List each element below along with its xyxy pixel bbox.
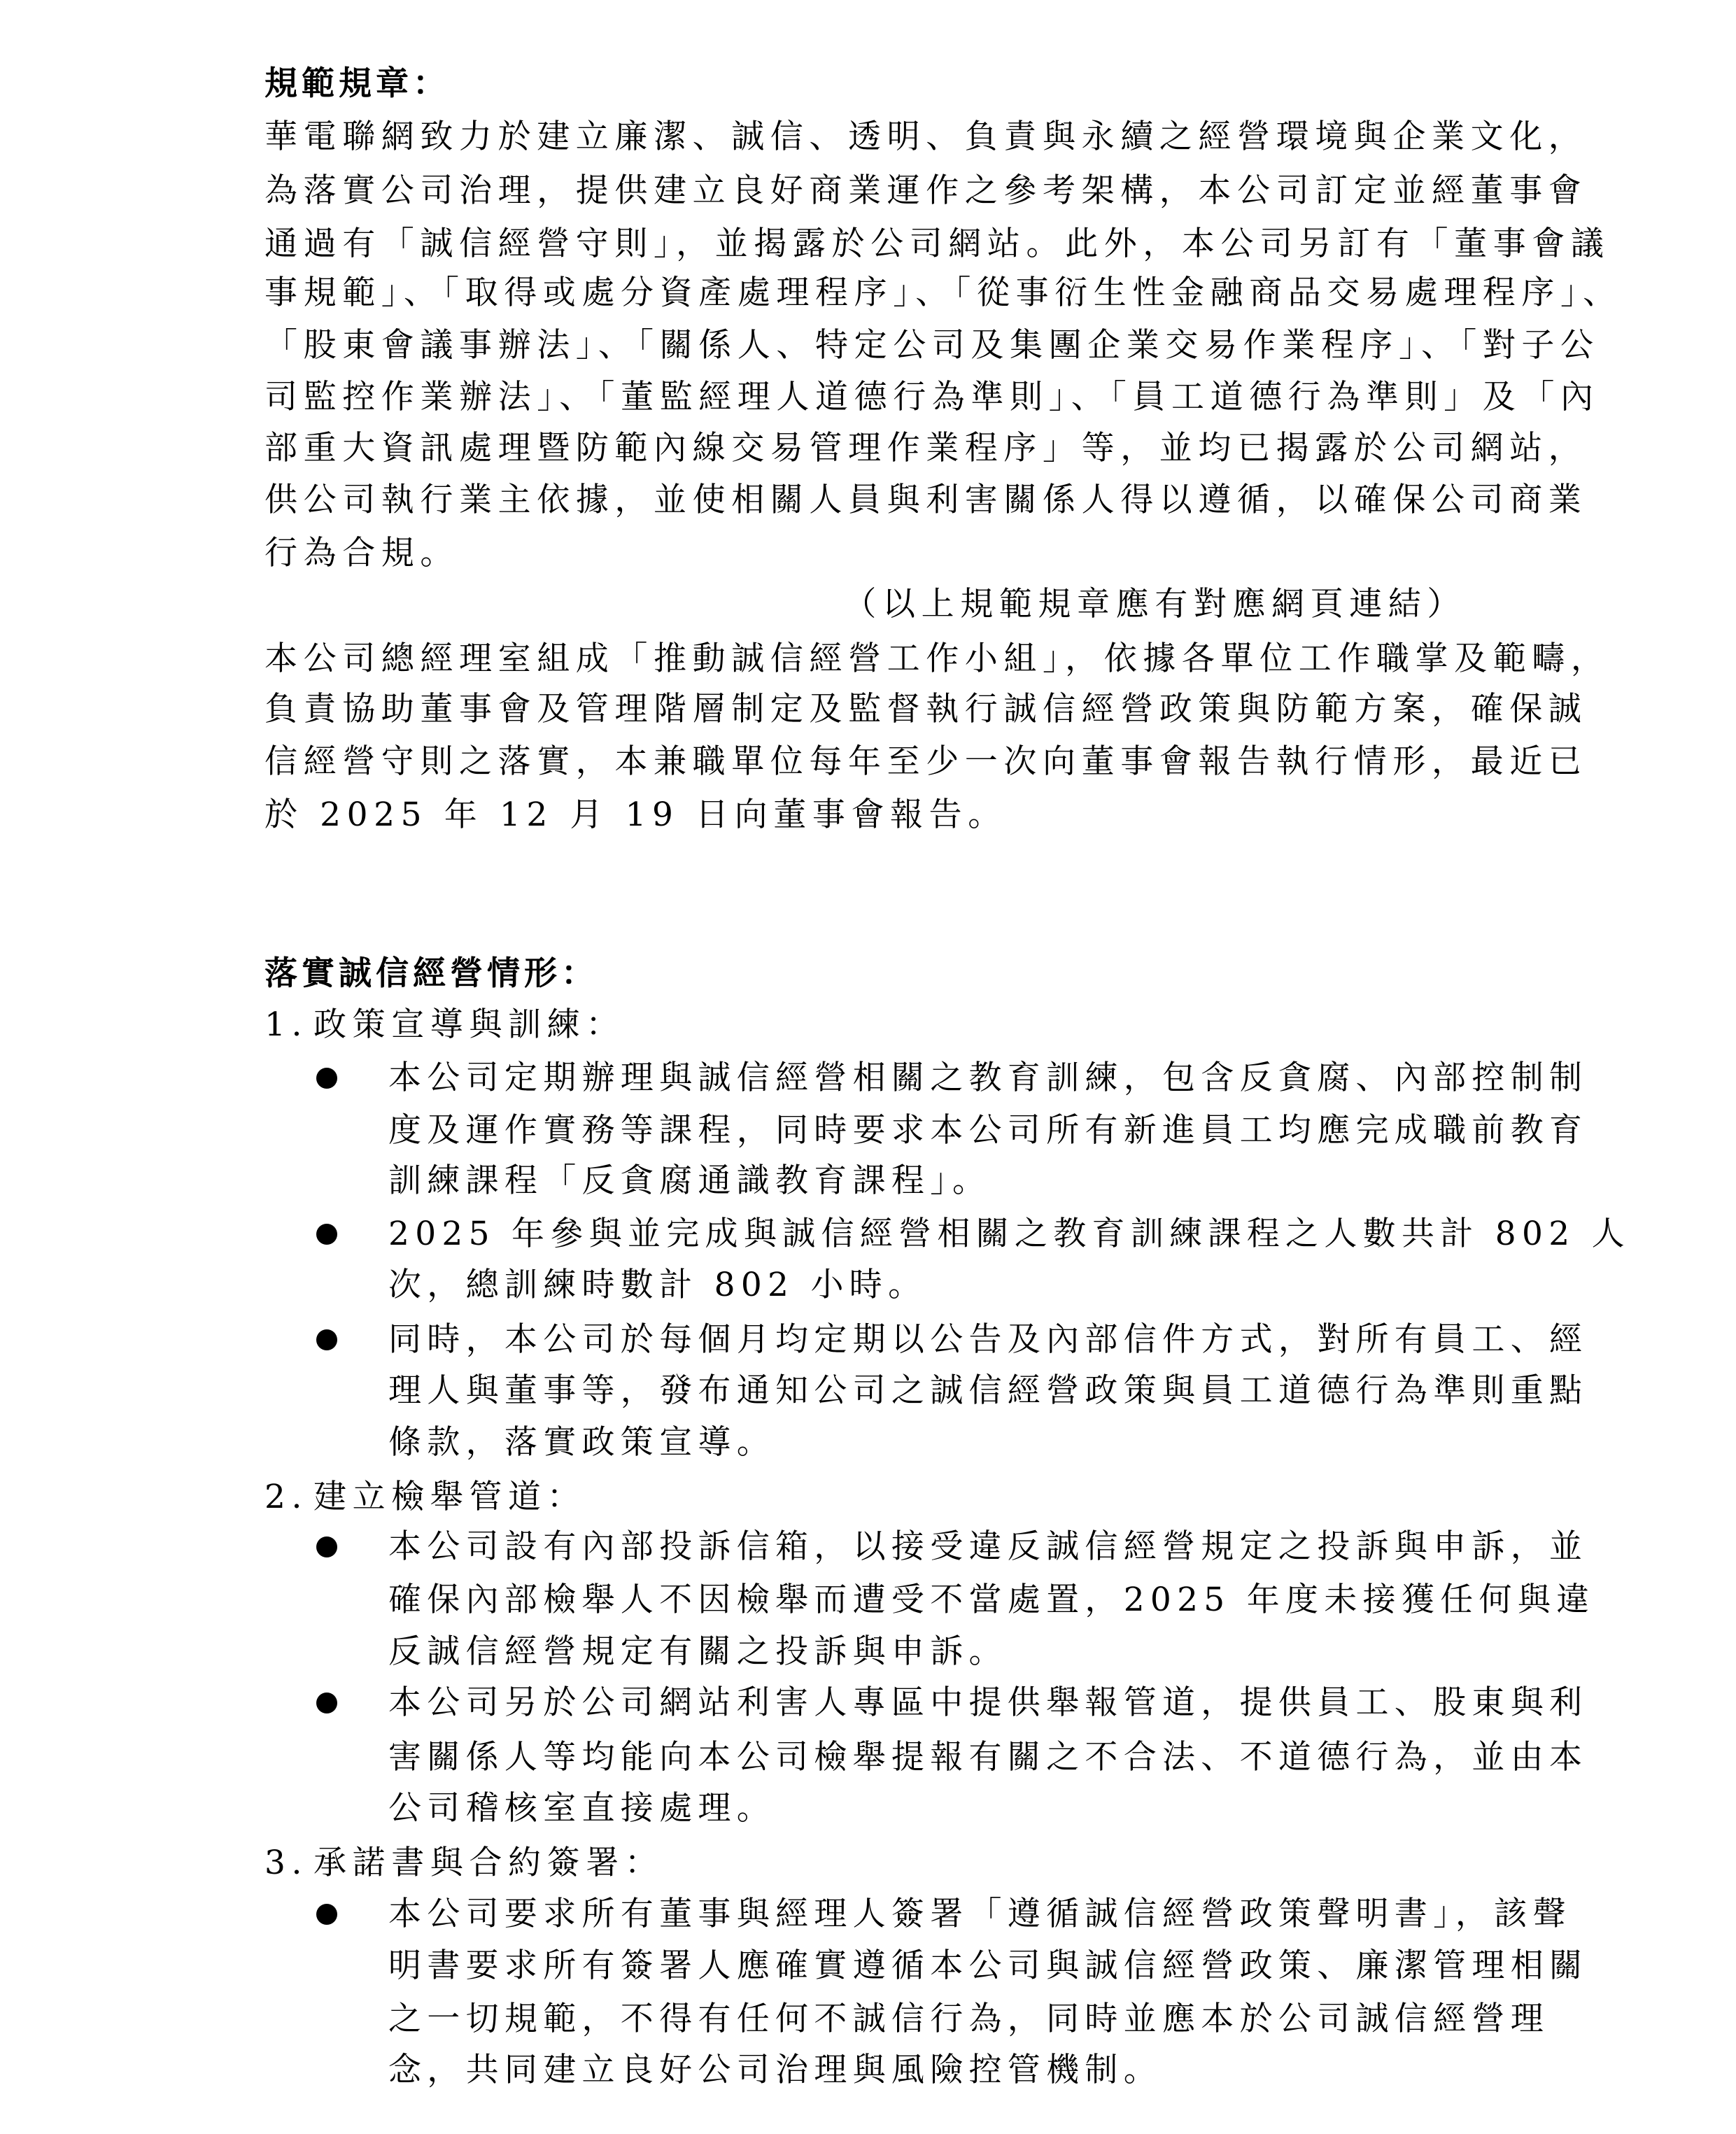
bullet-line: 害關係人等均能向本公司檢舉提報有關之不合法、不道德行為，並由本 [388, 1737, 1588, 1779]
numbered-item-3: 3. 承諾書與合約簽署： [0, 1842, 1736, 1884]
bullet-icon [316, 1068, 337, 1089]
bullet-line: 本公司要求所有董事與經理人簽署「遵循誠信經營政策聲明書」，該聲 [388, 1893, 1572, 1935]
item-number: 1. [264, 1004, 308, 1046]
bullet-line: 度及運作實務等課程，同時要求本公司所有新進員工均應完成職前教育 [388, 1110, 1588, 1152]
paragraph-line: 於 2025 年 12 月 19 日向董事會報告。 [264, 794, 1007, 836]
section-heading-implementation: 落實誠信經營情形： [264, 953, 598, 995]
paragraph-line: 部重大資訊處理暨防範內線交易管理作業程序」等，並均已揭露於公司網站， [264, 427, 1587, 469]
bullet-line: 明書要求所有簽署人應確實遵循本公司與誠信經營政策、廉潔管理相關 [388, 1945, 1588, 1987]
weblink-note: （以上規範規章應有對應網頁連結） [843, 584, 1466, 626]
paragraph-line: 本公司總經理室組成「推動誠信經營工作小組」，依據各單位工作職掌及範疇， [264, 638, 1610, 680]
bullet-icon [316, 1224, 337, 1245]
bullet-icon [316, 1693, 337, 1713]
item-title: 建立檢舉管道： [313, 1476, 586, 1518]
paragraph-line: 信經營守則之落實，本兼職單位每年至少一次向董事會報告執行情形，最近已 [264, 741, 1587, 783]
bullet-line: 本公司另於公司網站利害人專區中提供舉報管道，提供員工、股東與利 [388, 1682, 1588, 1724]
section-heading-regulations: 規範規章： [264, 63, 450, 105]
item-title: 政策宣導與訓練： [313, 1004, 625, 1046]
paragraph-line: 司監控作業辦法」、「董監經理人道德行為準則」、「員工道德行為準則」及「內 [264, 376, 1600, 418]
paragraph-line: 為落實公司治理，提供建立良好商業運作之參考架構，本公司訂定並經董事會 [264, 170, 1587, 212]
bullet-line: 2025 年參與並完成與誠信經營相關之教育訓練課程之人數共計 802 人 [388, 1213, 1630, 1255]
paragraph-line: 行為合規。 [264, 532, 459, 574]
numbered-item-2: 2. 建立檢舉管道： [0, 1476, 1736, 1518]
bullet-line: 確保內部檢舉人不因檢舉而遭受不當處置，2025 年度未接獲任何與違 [388, 1579, 1595, 1621]
paragraph-line: 「股東會議事辦法」、「關係人、特定公司及集團企業交易作業程序」、「對子公 [264, 325, 1600, 367]
bullet-icon [316, 1329, 337, 1350]
bullet-line: 次，總訓練時數計 802 小時。 [388, 1264, 926, 1306]
paragraph-line: 華電聯網致力於建立廉潔、誠信、透明、負責與永續之經營環境與企業文化， [264, 116, 1587, 158]
bullet-line: 公司稽核室直接處理。 [388, 1788, 775, 1830]
bullet-line: 之一切規範，不得有任何不誠信行為，同時並應本於公司誠信經營理 [388, 1998, 1549, 2040]
paragraph-line: 事規範」、「取得或處分資產處理程序」、「從事衍生性金融商品交易處理程序」、 [264, 272, 1622, 314]
bullet-icon [316, 1536, 337, 1557]
numbered-item-1: 1. 政策宣導與訓練： [0, 1004, 1736, 1046]
bullet-line: 本公司定期辦理與誠信經營相關之教育訓練，包含反貪腐、內部控制制 [388, 1057, 1588, 1099]
item-number: 2. [264, 1476, 308, 1518]
paragraph-line: 負責協助董事會及管理階層制定及監督執行誠信經營政策與防範方案，確保誠 [264, 688, 1587, 730]
paragraph-line: 供公司執行業主依據，並使相關人員與利害關係人得以遵循，以確保公司商業 [264, 479, 1587, 521]
paragraph-line: 通過有「誠信經營守則」，並揭露於公司網站。此外，本公司另訂有「董事會議 [264, 223, 1610, 265]
bullet-line: 訓練課程「反貪腐通識教育課程」。 [388, 1160, 991, 1202]
bullet-line: 本公司設有內部投訴信箱，以接受違反誠信經營規定之投訴與申訴，並 [388, 1526, 1588, 1568]
bullet-line: 念，共同建立良好公司治理與風險控管機制。 [388, 2049, 1162, 2091]
item-number: 3. [264, 1842, 308, 1884]
document-page: 規範規章： 華電聯網致力於建立廉潔、誠信、透明、負責與永續之經營環境與企業文化，… [0, 0, 1736, 2134]
bullet-line: 理人與董事等，發布通知公司之誠信經營政策與員工道德行為準則重點 [388, 1370, 1588, 1412]
bullet-line: 反誠信經營規定有關之投訴與申訴。 [388, 1631, 1008, 1673]
bullet-line: 條款，落實政策宣導。 [388, 1422, 775, 1464]
bullet-icon [316, 1904, 337, 1925]
bullet-line: 同時，本公司於每個月均定期以公告及內部信件方式，對所有員工、經 [388, 1319, 1588, 1361]
item-title: 承諾書與合約簽署： [313, 1842, 663, 1884]
